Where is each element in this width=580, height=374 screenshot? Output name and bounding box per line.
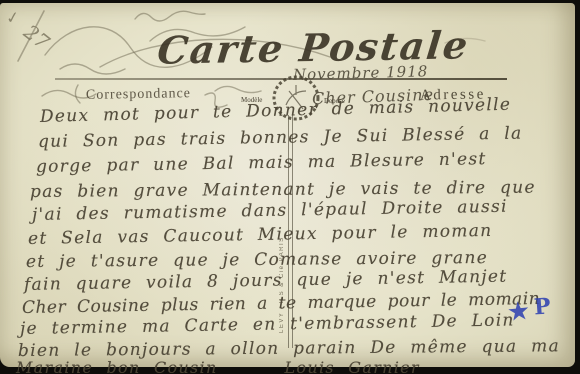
message-line-signature: Maraine bon Cousin Louis Garnier <box>16 358 420 374</box>
scribble-stroke <box>215 86 261 92</box>
pencil-number: 27 <box>19 20 54 55</box>
postcard-paper: Carte Postale Correspondance Adresse Mod… <box>0 3 575 367</box>
message-line: gorge par une Bal mais ma Blesure n'est <box>36 149 487 177</box>
star-stamp-icon: ★ <box>505 296 531 328</box>
handwritten-date: Novembre 1918 <box>293 62 429 84</box>
message-line: et Sela vas Caucout Mieux pour le moman <box>28 221 493 249</box>
scribble-stroke <box>135 11 205 21</box>
scribble-stroke <box>60 64 125 74</box>
message-line: qui Son pas trais bonnes Je Sui Blessé a… <box>38 124 523 152</box>
pencil-checkmark: ✓ <box>5 7 21 28</box>
correspondance-label: Correspondance <box>86 86 191 104</box>
scribble-stroke <box>75 85 80 103</box>
stamp-letter: P <box>533 293 551 320</box>
postcard-scan: Carte Postale Correspondance Adresse Mod… <box>0 0 580 374</box>
